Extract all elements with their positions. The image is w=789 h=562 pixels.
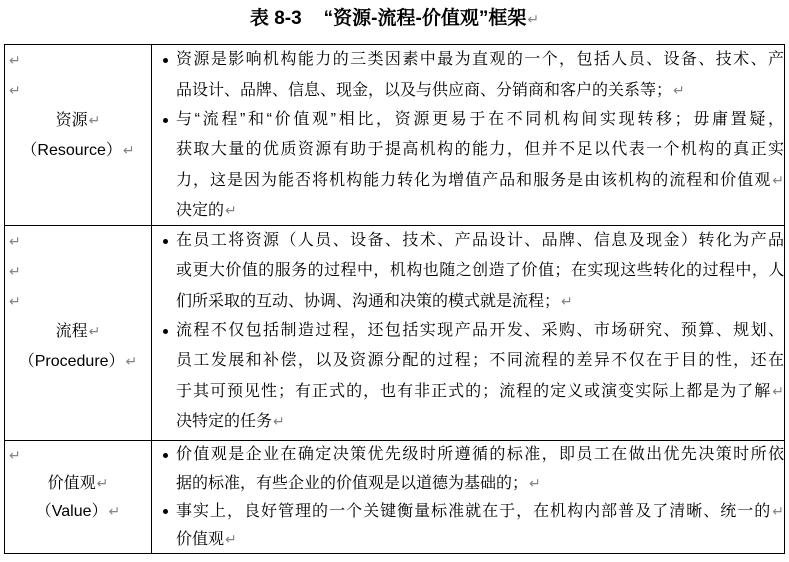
empty-paragraph: ↵ <box>5 45 151 75</box>
paragraph-mark: ↵ <box>88 112 101 128</box>
text-line: 资源是影响机构能力的三类因素中最为直观的一个，包括人员、设备、技术、产 <box>152 45 784 75</box>
term-label: 价值观↵ <box>5 469 151 497</box>
text-line: 们所采取的互动、协调、沟通和决策的模式就是流程；↵ <box>152 286 784 316</box>
text-line: 决定的↵ <box>152 195 784 225</box>
paragraph-mark: ↵ <box>8 233 21 249</box>
paragraph-mark: ↵ <box>224 531 237 547</box>
bullet-icon <box>163 509 168 514</box>
paragraph-mark: ↵ <box>122 142 135 158</box>
body-cell-value: 价值观是企业在确定决策优先级时所遵循的标准，即员工在做出优先决策时所依 据的标准… <box>152 441 785 554</box>
text-line: 价值观是企业在确定决策优先级时所遵循的标准，即员工在做出优先决策时所依 <box>152 441 784 469</box>
paragraph-mark: ↵ <box>528 475 541 491</box>
bullet-icon <box>163 239 168 244</box>
empty-paragraph: ↵ <box>5 226 151 256</box>
text-line: 品设计、品牌、信息、现金，以及与供应商、分销商和客户的关系等；↵ <box>152 75 784 105</box>
text-line: 与“流程”和“价值观”相比，资源更易于在不同机构间实现转移；毋庸置疑， <box>152 105 784 135</box>
text-line: 据的标准，有些企业的价值观是以道德为基础的；↵ <box>152 469 784 497</box>
line-break-mark: ↵ <box>771 383 784 399</box>
bullet-icon <box>163 58 168 63</box>
table-caption: 表 8-3“资源-流程-价值观”框架↵ <box>0 6 789 32</box>
empty-paragraph: ↵ <box>5 441 151 469</box>
table-caption-number: 表 8-3 <box>250 8 302 29</box>
text-line: 力，这是因为能否将机构能力转化为增值产品和服务是由该机构的流程和价值观↵ <box>152 165 784 195</box>
table-row-value: ↵ 价值观↵ （Value）↵ 价值观是企业在确定决策优先级时所遵循的标准，即员… <box>5 441 785 554</box>
paragraph-mark: ↵ <box>526 11 539 27</box>
term-label-en: （Resource）↵ <box>5 135 151 165</box>
paragraph-mark: ↵ <box>96 475 109 491</box>
paragraph-mark: ↵ <box>125 353 138 369</box>
header-cell-value: ↵ 价值观↵ （Value）↵ <box>5 441 152 554</box>
paragraph-mark: ↵ <box>108 503 121 519</box>
term-label-en: （Value）↵ <box>5 497 151 525</box>
bullet-icon <box>163 453 168 458</box>
header-cell-resource: ↵ ↵ 资源↵ （Resource）↵ <box>5 45 152 226</box>
paragraph-mark: ↵ <box>88 323 101 339</box>
text-line: 决特定的任务↵ <box>152 406 784 436</box>
text-line: 流程不仅包括制造过程，还包括实现产品开发、采购、市场研究、预算、规划、 <box>152 316 784 346</box>
table-row-resource: ↵ ↵ 资源↵ （Resource）↵ 资源是影响机构能力的三类因素中最为直观的… <box>5 45 785 226</box>
document-page: 表 8-3“资源-流程-价值观”框架↵ ↵ ↵ 资源↵ （Resource）↵ … <box>0 0 789 562</box>
bullet-icon <box>163 118 168 123</box>
paragraph-mark: ↵ <box>8 263 21 279</box>
text-line: 获取大量的优质资源有助于提高机构的能力，但并不足以代表一个机构的真正实 <box>152 135 784 165</box>
bullet-icon <box>163 329 168 334</box>
line-break-mark: ↵ <box>771 503 784 519</box>
text-line: 员工发展和补偿，以及资源分配的过程；不同流程的差异不仅在于目的性，还在 <box>152 346 784 376</box>
line-break-mark: ↵ <box>771 172 784 188</box>
text-line: 事实上，良好管理的一个关键衡量标准就在于，在机构内部普及了清晰、统一的↵ <box>152 497 784 525</box>
paragraph-mark: ↵ <box>560 293 573 309</box>
empty-paragraph: ↵ <box>5 75 151 105</box>
body-cell-procedure: 在员工将资源（人员、设备、技术、产品设计、品牌、信息及现金）转化为产品 或更大价… <box>152 226 785 441</box>
paragraph-mark: ↵ <box>272 413 285 429</box>
term-label-en: （Procedure）↵ <box>5 346 151 376</box>
text-line: 或更大价值的服务的过程中，机构也随之创造了价值；在实现这些转化的过程中，人 <box>152 256 784 286</box>
text-line: 在员工将资源（人员、设备、技术、产品设计、品牌、信息及现金）转化为产品 <box>152 226 784 256</box>
paragraph-mark: ↵ <box>8 447 21 463</box>
table-caption-title: “资源-流程-价值观”框架 <box>324 8 527 29</box>
paragraph-mark: ↵ <box>8 293 21 309</box>
text-line: 于其可预见性；有正式的，也有非正式的；流程的定义或演变实际上都是为了解↵ <box>152 376 784 406</box>
header-cell-procedure: ↵ ↵ ↵ 流程↵ （Procedure）↵ <box>5 226 152 441</box>
paragraph-mark: ↵ <box>8 52 21 68</box>
term-label: 资源↵ <box>5 105 151 135</box>
empty-paragraph: ↵ <box>5 286 151 316</box>
paragraph-mark: ↵ <box>672 82 685 98</box>
body-cell-resource: 资源是影响机构能力的三类因素中最为直观的一个，包括人员、设备、技术、产 品设计、… <box>152 45 785 226</box>
empty-paragraph: ↵ <box>5 256 151 286</box>
term-label: 流程↵ <box>5 316 151 346</box>
table-row-procedure: ↵ ↵ ↵ 流程↵ （Procedure）↵ 在员工将资源（人员、设备、技术、产… <box>5 226 785 441</box>
framework-table: ↵ ↵ 资源↵ （Resource）↵ 资源是影响机构能力的三类因素中最为直观的… <box>4 44 785 554</box>
text-line: 价值观↵ <box>152 525 784 553</box>
paragraph-mark: ↵ <box>8 82 21 98</box>
paragraph-mark: ↵ <box>224 202 237 218</box>
